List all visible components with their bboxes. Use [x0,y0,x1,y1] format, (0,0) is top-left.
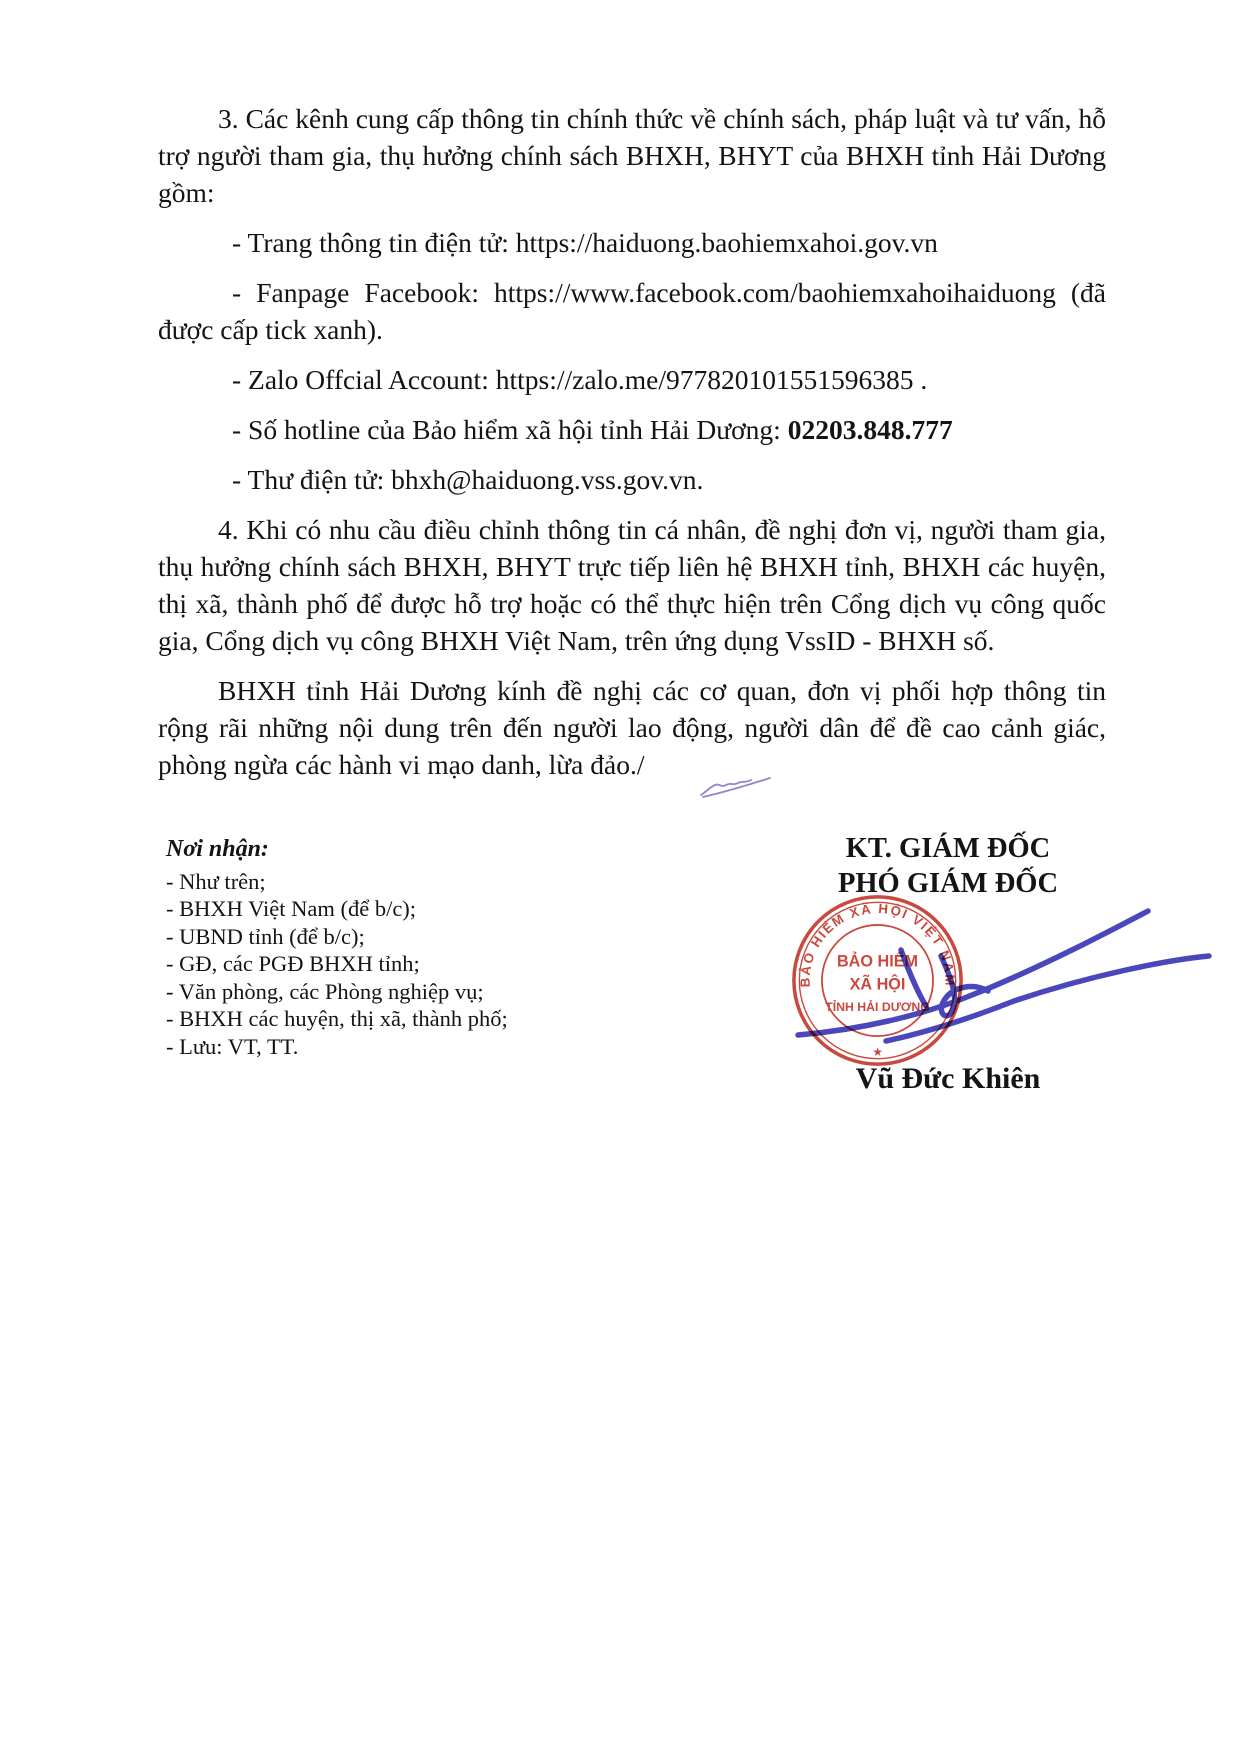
paragraph-closing: BHXH tỉnh Hải Dương kính đề nghị các cơ … [158,672,1106,783]
stamp-center-line1: BẢO HIỂM [837,952,918,971]
paragraph-adjust-info: 4. Khi có nhu cầu điều chỉnh thông tin c… [158,511,1106,659]
recipient-item: - BHXH Việt Nam (để b/c); [166,895,586,923]
recipient-item: - Lưu: VT, TT. [166,1033,586,1061]
signature-titles: KT. GIÁM ĐỐC PHÓ GIÁM ĐỐC [728,831,1168,901]
stamp-center-line2: XÃ HỘI [850,973,906,993]
signer-role-acting: KT. GIÁM ĐỐC [728,831,1168,866]
channel-zalo: - Zalo Offcial Account: https://zalo.me/… [158,361,1106,398]
signer-name: Vũ Đức Khiên [728,1062,1168,1096]
paragraph-channels-intro: 3. Các kênh cung cấp thông tin chính thứ… [158,100,1106,211]
hotline-number: 02203.848.777 [788,414,953,445]
recipients-block: Nơi nhận: - Như trên; - BHXH Việt Nam (đ… [166,836,586,1060]
hotline-label: - Số hotline của Bảo hiểm xã hội tỉnh Hả… [232,414,788,445]
official-stamp: BẢO HIỂM XÃ HỘI VIỆT NAM ★ BẢO HIỂM XÃ H… [789,892,966,1069]
letter-body: 3. Các kênh cung cấp thông tin chính thứ… [158,100,1106,796]
recipient-item: - GĐ, các PGĐ BHXH tỉnh; [166,950,586,978]
channel-website: - Trang thông tin điện tử: https://haidu… [158,224,1106,261]
channel-hotline: - Số hotline của Bảo hiểm xã hội tỉnh Hả… [158,411,1106,448]
channel-facebook: - Fanpage Facebook: https://www.facebook… [158,274,1106,348]
channel-email: - Thư điện tử: bhxh@haiduong.vss.gov.vn. [158,461,1106,498]
stamp-star-icon: ★ [872,1045,883,1059]
paraph-flourish-icon [697,773,775,801]
recipient-item: - Như trên; [166,868,586,896]
recipient-item: - BHXH các huyện, thị xã, thành phố; [166,1005,586,1033]
recipient-item: - Văn phòng, các Phòng nghiệp vụ; [166,978,586,1006]
recipient-item: - UBND tỉnh (để b/c); [166,923,586,951]
recipients-title: Nơi nhận: [166,836,586,864]
document-page: 3. Các kênh cung cấp thông tin chính thứ… [0,0,1241,1755]
stamp-center-line3: TỈNH HẢI DƯƠNG [825,999,930,1014]
